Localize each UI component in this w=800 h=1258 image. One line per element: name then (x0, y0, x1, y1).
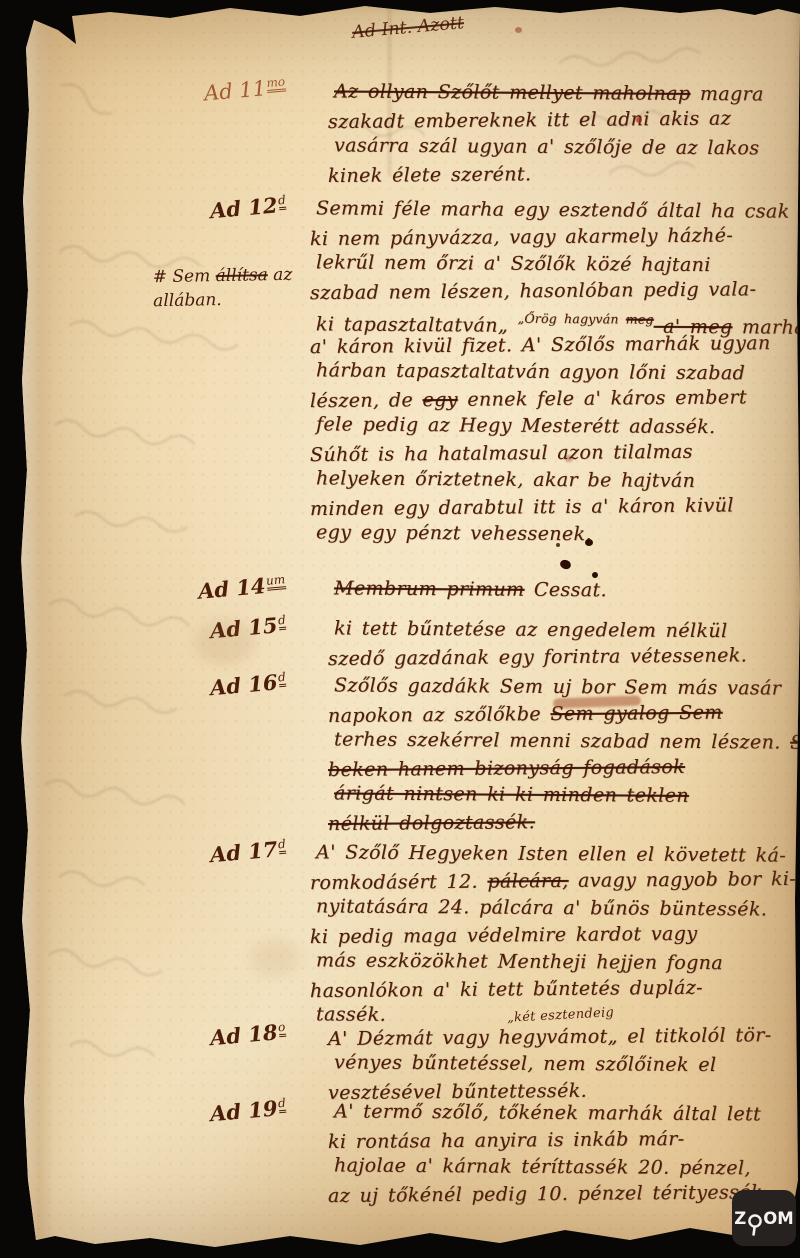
manuscript-line: ki tett bűntetése az engedelem nélkül (334, 615, 800, 645)
manuscript-line: kinek élete szerént. (328, 159, 800, 190)
handwritten-text: kinek élete szerént. (328, 163, 532, 187)
handwritten-text: A' Dézmát vagy hegyvámot„ el titkolól tö… (328, 1024, 772, 1050)
handwritten-text: ki pedig maga védelmire kardot vagy (310, 923, 698, 948)
section-label: Ad 14um (197, 571, 286, 604)
manuscript-line: romkodásért 12. pálcára, avagy nagyob bo… (310, 866, 800, 897)
manuscript-line: beken hanem bizonyság fogadások (328, 753, 800, 784)
section-label: Ad 12d (209, 192, 287, 224)
margin-note-line: # Sem állítsa az (153, 263, 293, 289)
crossed-out-text: pálcára, (487, 870, 568, 893)
handwritten-text: más eszközökhet Mentheji hejjen fogna (316, 949, 723, 974)
handwritten-text: a' káron kivül fizet. A' Szőlős marhák u… (310, 332, 771, 358)
section-ad-19: Ad 19dA' termő szőlő, tőkének marhák ált… (302, 1100, 800, 1208)
crossed-out-text: meg (626, 311, 654, 326)
handwritten-text: szabad nem lészen, hasonlóban pedig vala… (310, 278, 757, 304)
handwritten-text: # Sem (153, 266, 216, 287)
margin-annotation: # Sem állítsa azallában. (153, 263, 293, 313)
handwritten-text: A' termő szőlő, tőkének marhák által let… (334, 1100, 761, 1125)
crossed-out-text: Sem (670, 702, 723, 724)
manuscript-line: az uj tőkénél pedig 10. pénzel térityess… (328, 1179, 800, 1210)
manuscript-line: Membrum primum Cessat. (334, 575, 800, 605)
handwritten-text: lekrűl nem őrzi a' Szőlők közé hajtani (316, 251, 711, 276)
handwritten-text: ki nem pányvázza, vagy akarmely házhé- (310, 224, 733, 250)
section-label-superscript: um (266, 572, 287, 591)
handwritten-text: vasárra szál ugyan a' szőlője de az lako… (334, 134, 760, 159)
handwritten-text: allában. (153, 290, 222, 311)
section-ad-14: Ad 14umMembrum primum Cessat. (302, 577, 800, 604)
handwritten-text: hárban tapasztaltatván agyon lőni szabad (316, 359, 745, 384)
section-label: Ad 17d (209, 836, 287, 868)
handwritten-text: ki tett bűntetése az engedelem nélkül (334, 617, 728, 642)
manuscript-line: minden egy darabtul itt is a' káron kivü… (310, 492, 800, 523)
handwritten-text: magra (690, 83, 764, 106)
manuscript-page: Ad Int. Azott # Sem állítsa azallában. A… (0, 0, 800, 1258)
section-label-superscript: d (277, 613, 286, 631)
crossed-out-text: egy (422, 389, 458, 411)
manuscript-line: árigát nintsen ki ki minden teklen (334, 780, 800, 810)
manuscript-line: a' káron kivül fizet. A' Szőlős marhák u… (310, 330, 800, 361)
section-label-superscript: mo (266, 74, 286, 93)
section-label-superscript: d (277, 1096, 286, 1114)
manuscript-line: A' termő szőlő, tőkének marhák által let… (334, 1098, 800, 1128)
manuscript-line: szakadt embereknek itt el adni akis az (328, 105, 800, 136)
ink-blot (592, 572, 598, 578)
crossed-out-text: nélkül dolgoztassék. (328, 811, 535, 835)
crossed-out-text: Az ollyan Szőlőt mellyet maholnap (334, 80, 691, 104)
zoom-watermark: Z OM (732, 1190, 796, 1246)
manuscript-line: ki tapasztaltatván„ „Őrög hagyván meg a'… (316, 303, 800, 333)
crossed-out-text: Azott (417, 13, 465, 37)
handwritten-text: vényes bűntetéssel, nem szőlőinek el (334, 1051, 717, 1076)
manuscript-line: helyeken őriztetnek, akar be hajtván (316, 465, 800, 495)
manuscript-line: ki rontása ha anyira is inkáb már- (328, 1125, 800, 1156)
zoom-watermark-om: OM (763, 1209, 793, 1228)
manuscript-line: fele pedig az Hegy Mesterétt adassék. (316, 411, 800, 441)
handwritten-text: szakadt embereknek itt el adni akis az (328, 108, 731, 134)
section-ad-12: Ad 12dSemmi féle marha egy esztendő álta… (302, 197, 800, 548)
handwritten-text: terhes szekérrel menni szabad nem lészen… (334, 728, 790, 753)
handwritten-text: Súhőt is ha hatalmasul azon tilalmas (310, 441, 693, 466)
handwritten-text: az (268, 265, 293, 285)
section-ad-17: Ad 17dA' Szőlő Hegyeken Isten ellen el k… (302, 841, 800, 1030)
handwritten-text: tassék. (316, 1003, 386, 1025)
manuscript-line: szedő gazdának egy forintra vétessenek. (328, 642, 800, 673)
section-ad-16: Ad 16dSzőlős gazdákk Sem uj bor Sem más … (302, 674, 800, 836)
section-label-superscript: o (278, 1020, 287, 1038)
handwritten-text: napokon az szőlőkbe (328, 703, 551, 727)
crossed-out-text: árigát nintsen ki ki minden teklen (334, 782, 689, 806)
manuscript-line: szabad nem lészen, hasonlóban pedig vala… (310, 276, 800, 307)
handwritten-text: nyitatására 24. pálcára a' bűnös büntess… (316, 895, 767, 920)
crossed-out-text: Membrum primum (334, 577, 525, 600)
handwritten-text: helyeken őriztetnek, akar be hajtván (316, 467, 695, 492)
manuscript-line: hajolae a' kárnak téríttassék 20. pénzel… (334, 1152, 800, 1182)
handwritten-text: A' Szőlő Hegyeken Isten ellen el követet… (316, 841, 786, 866)
section-ad-15: Ad 15dki tett bűntetése az engedelem nél… (302, 617, 800, 671)
handwritten-text: hasonlókon a' ki tett bűntetés dupláz- (310, 977, 703, 1002)
handwritten-text: hajolae a' kárnak téríttassék 20. pénzel… (334, 1154, 751, 1179)
manuscript-line: terhes szekérrel menni szabad nem lészen… (334, 726, 800, 756)
handwritten-text: avagy nagyob bor ki- (568, 868, 796, 892)
manuscript-line: ki nem pányvázza, vagy akarmely házhé- (310, 222, 800, 253)
handwritten-text: Cessat. (524, 579, 607, 602)
handwritten-text: ki rontása ha anyira is inkáb már- (328, 1128, 685, 1153)
crossed-out-text: állítsa (216, 265, 268, 286)
manuscript-line: Súhőt is ha hatalmasul azon tilalmas (310, 438, 800, 469)
handwritten-text: minden egy darabtul itt is a' káron kivü… (310, 494, 734, 520)
handwritten-text: fele pedig az Hegy Mesterétt adassék. (316, 413, 716, 438)
handwritten-text: lészen, de (310, 389, 423, 412)
manuscript-line: ki pedig maga védelmire kardot vagy (310, 920, 800, 951)
handwritten-text: egy egy pénzt vehessenek. (316, 521, 592, 545)
crossed-out-text: Szőlő (790, 732, 800, 754)
manuscript-line: más eszközökhet Mentheji hejjen fogna (316, 947, 800, 977)
manuscript-line: nyitatására 24. pálcára a' bűnös büntess… (316, 893, 800, 923)
handwritten-text: Szőlős gazdákk Sem uj bor Sem más vasár (334, 674, 781, 699)
section-label-superscript: d (277, 670, 286, 688)
zoom-watermark-z: Z (734, 1209, 746, 1228)
section-label-superscript: d (277, 837, 286, 855)
section-ad-18: Ad 18o„két esztendeigA' Dézmát vagy hegy… (302, 1024, 800, 1105)
handwritten-text: „Őrög hagyván (518, 311, 626, 327)
handwritten-text: romkodásért 12. (310, 871, 488, 895)
ink-blot (585, 539, 593, 546)
section-label: Ad 16d (209, 669, 287, 701)
ink-blot (556, 543, 560, 547)
handwritten-text: ennek fele a' káros embert (458, 386, 747, 411)
section-label: Ad 19d (209, 1095, 287, 1127)
manuscript-line: vényes bűntetéssel, nem szőlőinek el (334, 1049, 800, 1079)
section-label: Ad 11mo (203, 74, 286, 105)
manuscript-line: lekrűl nem őrzi a' Szőlők közé hajtani (316, 249, 800, 279)
crossed-out-text: beken hanem bizonyság fogadások (328, 756, 685, 781)
magnifier-icon (747, 1213, 762, 1237)
handwritten-text: az uj tőkénél pedig 10. pénzel térityess… (328, 1181, 769, 1207)
manuscript-line: A' Szőlő Hegyeken Isten ellen el követet… (316, 839, 800, 869)
manuscript-line: A' Dézmát vagy hegyvámot„ el titkolól tö… (328, 1022, 800, 1053)
section-label: Ad 15d (209, 612, 287, 644)
margin-note-line: allában. (153, 287, 293, 313)
section-ad-11: Ad 11moAz ollyan Szőlőt mellyet maholnap… (302, 80, 800, 188)
manuscript-line: nélkül dolgoztassék. (328, 807, 800, 838)
section-label-superscript: d (277, 193, 286, 211)
crossed-out-text: Ad Int. (351, 17, 418, 43)
manuscript-line: Az ollyan Szőlőt mellyet maholnap magra (334, 78, 800, 108)
manuscript-line: lészen, de egy ennek fele a' káros ember… (310, 384, 800, 415)
manuscript-line: hasonlókon a' ki tett bűntetés dupláz- (310, 974, 800, 1005)
section-label: Ad 18o (209, 1019, 287, 1051)
handwritten-text: szedő gazdának egy forintra vétessenek. (328, 644, 747, 670)
header-crossed-note: Ad Int. Azott (351, 13, 465, 43)
manuscript-line: hárban tapasztaltatván agyon lőni szabad (316, 357, 800, 387)
manuscript-line: vasárra szál ugyan a' szőlője de az lako… (334, 132, 800, 162)
manuscript-text: Ad Int. Azott # Sem állítsa azallában. A… (0, 0, 800, 1258)
handwritten-text: Semmi féle marha egy esztendő által ha c… (316, 197, 790, 222)
manuscript-line: Semmi féle marha egy esztendő által ha c… (316, 195, 800, 225)
